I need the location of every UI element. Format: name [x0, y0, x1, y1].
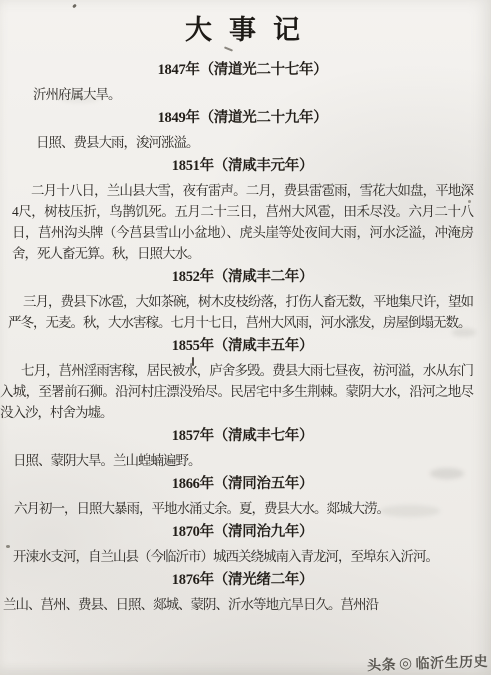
year-section-1852: 1852年（清咸丰二年） 三月，费县下冰雹，大如茶碗，树木皮枝纷落，打伤人畜无数… [12, 267, 473, 333]
year-heading: 1852年（清咸丰二年） [12, 267, 473, 288]
year-section-1851: 1851年（清咸丰元年） 二月十八日，兰山县大雪，夜有雷声。二月，费县雷雹雨，雪… [12, 156, 473, 264]
event-paragraph: 三月，费县下冰雹，大如茶碗，树木皮枝纷落，打伤人畜无数，平地集尺许，望如严冬，无… [8, 291, 473, 333]
event-paragraph: 二月十八日，兰山县大雪，夜有雷声。二月，费县雷雹雨，雪花大如盘，平地深4尺，树枝… [12, 180, 473, 264]
document-page: 大事记 1847年（清道光二十七年） 沂州府属大旱。 1849年（清道光二十九年… [0, 0, 491, 675]
year-heading: 1851年（清咸丰元年） [12, 156, 473, 177]
event-paragraph: 日照、蒙阴大旱。兰山蝗蝻遍野。 [13, 450, 473, 471]
year-heading: 1855年（清咸丰五年） [12, 336, 473, 357]
event-paragraph: 开涑水支河，自兰山县（今临沂市）城西关绕城南入青龙河，至埠东入沂河。 [13, 546, 473, 567]
year-heading: 1857年（清咸丰七年） [12, 426, 473, 447]
event-paragraph: 兰山、莒州、费县、日照、郯城、蒙阴、沂水等地亢旱日久。莒州沿 [3, 594, 473, 615]
year-section-1870: 1870年（清同治九年） 开涑水支河，自兰山县（今临沂市）城西关绕城南入青龙河，… [12, 522, 473, 567]
year-heading: 1870年（清同治九年） [12, 522, 473, 543]
toutiao-logo-icon: ◎ [399, 657, 413, 671]
scan-speck [6, 545, 10, 548]
year-section-1857: 1857年（清咸丰七年） 日照、蒙阴大旱。兰山蝗蝻遍野。 [12, 426, 473, 471]
year-section-1866: 1866年（清同治五年） 六月初一，日照大暴雨，平地水涌丈余。夏，费县大水。郯城… [12, 474, 473, 519]
year-heading: 1849年（清道光二十九年） [12, 108, 473, 129]
year-section-1849: 1849年（清道光二十九年） 日照、费县大雨，浚河涨溢。 [12, 108, 473, 153]
year-section-1847: 1847年（清道光二十七年） 沂州府属大旱。 [12, 60, 473, 105]
event-paragraph: 日照、费县大雨，浚河涨溢。 [12, 132, 473, 153]
year-section-1876: 1876年（清光绪二年） 兰山、莒州、费县、日照、郯城、蒙阴、沂水等地亢旱日久。… [12, 570, 473, 615]
watermark-account: 临沂生历史 [415, 651, 488, 674]
page-title: 大事记 [12, 8, 473, 47]
year-heading: 1876年（清光绪二年） [12, 570, 473, 591]
year-section-1855: 1855年（清咸丰五年） 七月，莒州淫雨害稼，居民被水，庐舍多毁。费县大雨七昼夜… [12, 336, 473, 423]
event-paragraph: 七月，莒州淫雨害稼，居民被水，庐舍多毁。费县大雨七昼夜，祊河溢，水从东门入城，至… [0, 360, 473, 423]
year-heading: 1866年（清同治五年） [12, 474, 473, 495]
event-paragraph: 沂州府属大旱。 [12, 84, 473, 105]
watermark: 头条 ◎ 临沂生历史 [367, 651, 489, 675]
event-paragraph: 六月初一，日照大暴雨，平地水涌丈余。夏，费县大水。郯城大涝。 [14, 498, 473, 519]
year-heading: 1847年（清道光二十七年） [12, 60, 473, 81]
watermark-brand: 头条 [367, 654, 397, 675]
scan-speck [224, 46, 233, 51]
